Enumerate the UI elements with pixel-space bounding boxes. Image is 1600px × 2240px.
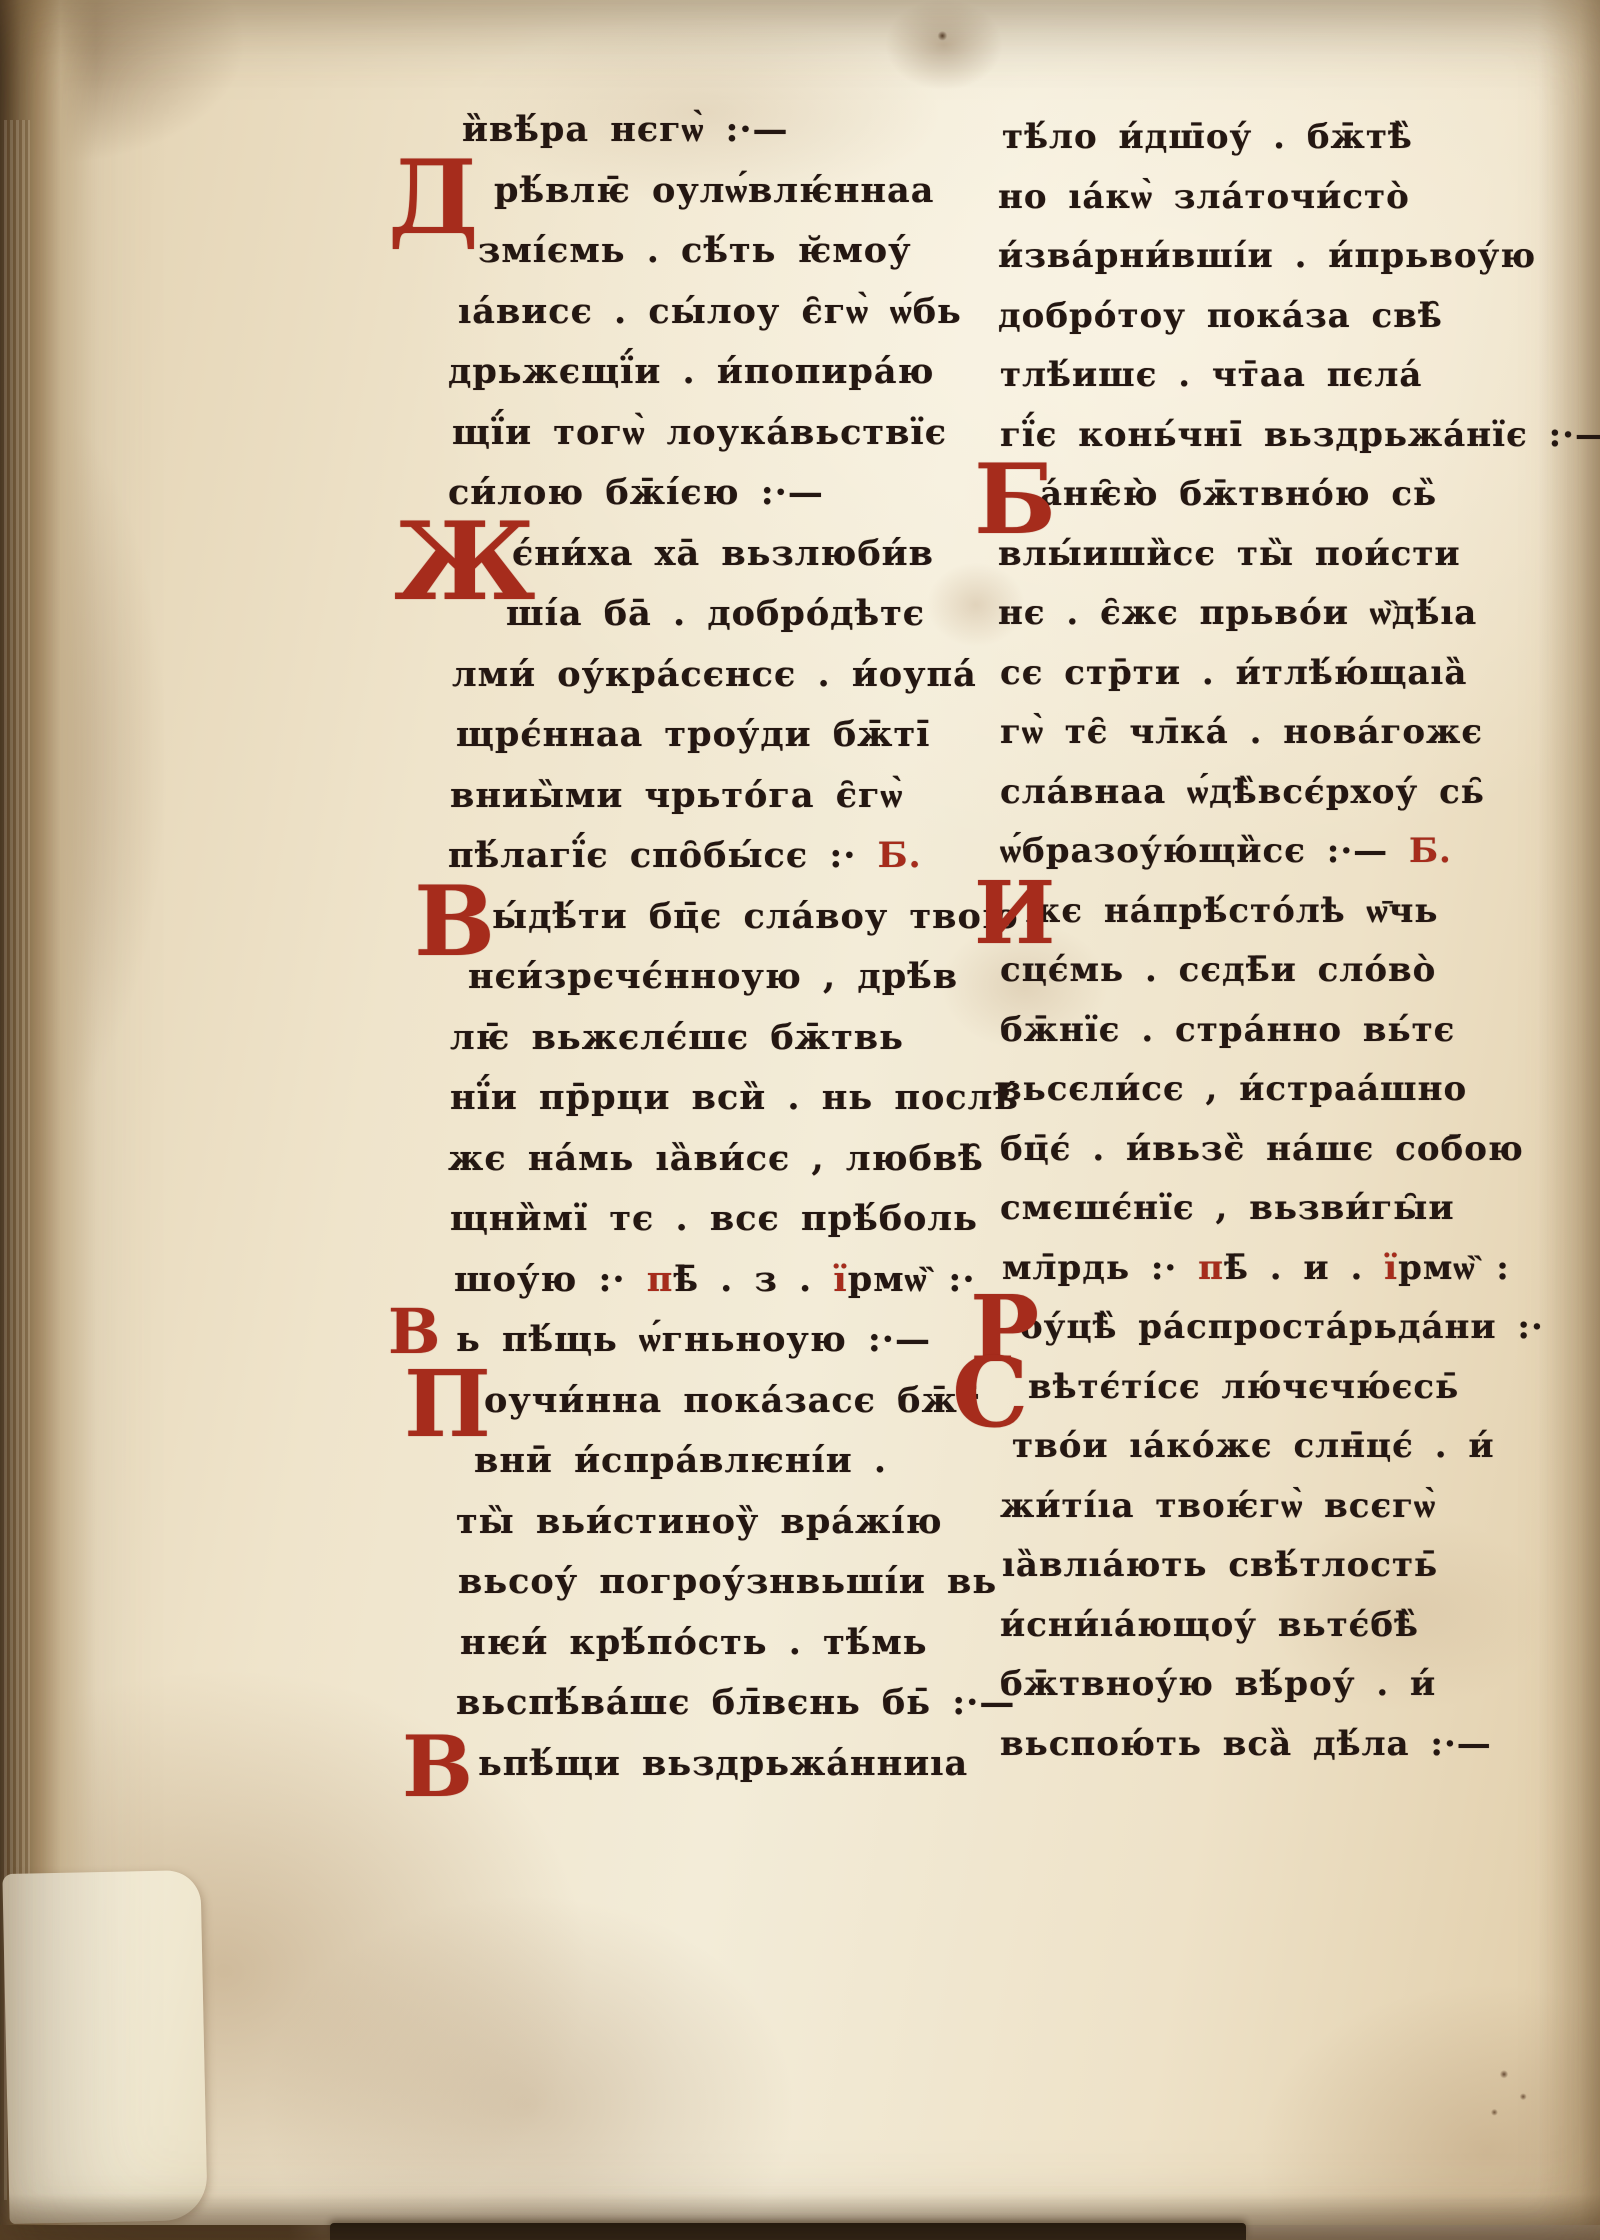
ink-text: жє на́прѣ́сто́лѣ ѡ̄чь	[1026, 891, 1439, 931]
ink-text: сє стр̄ти . и́тлѣ́ю́щаıа̏	[1000, 653, 1467, 693]
text-line: Вьпѣ́щи вьздрьжа́нниıа	[446, 1734, 966, 1795]
rubric-initial: Б	[974, 463, 1057, 538]
ink-text: ѣ̄ . з .	[673, 1259, 833, 1300]
ink-text: добро́тоу пока́за свѣ̑	[998, 296, 1443, 336]
ink-text: лѥ̄ вьжєлє́шє бж̄твь	[450, 1017, 904, 1058]
text-line: вниы̏ми чрьто́га є̑гѡ̀	[446, 766, 966, 827]
ink-text: нє . є̑жє прьво́и ѡ̏дѣ́ıа	[998, 593, 1477, 633]
text-line: и́зва́рни́вші́и . и́прьвоу́ю	[998, 227, 1478, 287]
text-line: и̏вѣ́ра нєгѡ̀ :·—	[446, 100, 966, 161]
text-line: мл̄рдь :· пѣ̄ . и . їрмѡ̏ :	[998, 1239, 1478, 1299]
ink-text: вѣтє́ті́сє лю́чєчю́єсь̄	[1028, 1367, 1459, 1407]
text-line: Дрѣ́влѥ̄ оулѡ́влѥ́ннаа	[446, 161, 966, 222]
ink-text: лми́ оу́кра́сєнсє . и́оупа́	[452, 654, 977, 695]
ink-text: бж̄твноу́ю вѣ́роу́ . и́	[1000, 1664, 1436, 1704]
ink-text: рмѡ̏ :·	[848, 1259, 976, 1300]
text-line: пѣ́лагї́є спо̑бы́сє :· Б.	[446, 826, 966, 887]
text-line: Вь пѣ́щь ѡ́гньноую :·—	[446, 1310, 966, 1371]
ink-text: оучи́нна пока́засє бж̄т̄	[484, 1380, 981, 1421]
rubric-text: Б.	[1409, 831, 1452, 871]
ink-text: бц̄є́ . и́вьзє̏ на́шє соб̄ою	[1000, 1129, 1524, 1169]
ink-text: жи́ті́ıа твоѥ́гѡ̀ всєгѡ̀	[1000, 1486, 1436, 1526]
rubric-initial: И	[974, 880, 1056, 947]
text-line: но ıа́кѡ̀ зла́точи́сто̀	[998, 168, 1478, 228]
ink-text: и̏вѣ́ра нєгѡ̀ :·—	[462, 109, 789, 150]
ink-text: шоу́ю :·	[454, 1259, 647, 1300]
text-line: щрє́ннаа троу́ди бж̄ті̄	[446, 705, 966, 766]
rubric-initial: Д	[388, 159, 480, 239]
ink-text: ь пѣ́щь ѡ́гньноую :·—	[456, 1319, 931, 1360]
text-line: сцє́мь . сєдѣ̄и сло́во̀	[998, 941, 1478, 1001]
ink-text: и́сни́ıа́ющоу́ вьтє́бѣ̏	[1000, 1605, 1419, 1645]
text-line: нѥи́ крѣ́по́сть . тѣ́мь	[446, 1613, 966, 1674]
text-line: гї́є конь́чні̄ вьздрьжа́нїє :·—	[998, 406, 1478, 466]
text-line: Вы́дѣ́ти бц̄є сла́воу твою̀	[446, 887, 966, 948]
ink-text: оу́цѣ̏ ра́спроста́рьда́ни :·	[1020, 1307, 1544, 1347]
rubric-text: ї	[1384, 1248, 1398, 1288]
text-line: вьсоу́ погроу́знвьші́и вь	[446, 1552, 966, 1613]
text-line: Роу́цѣ̏ ра́спроста́рьда́ни :·	[998, 1298, 1478, 1358]
text-line: жи́ті́ıа твоѥ́гѡ̀ всєгѡ̀	[998, 1477, 1478, 1537]
ink-text: ші́а ба̄ . добро́дѣтє	[506, 593, 925, 634]
text-line: тѣ́ло и́дш̄оу́ . бж̄тѣ̏	[998, 108, 1478, 168]
ink-text: нї́и пр̄рци вси̏ . нь послѣ́	[450, 1077, 1019, 1118]
ink-text: вниы̏ми чрьто́га є̑гѡ̀	[450, 775, 903, 816]
ink-text: є́ни́ха ха̄ вьзлюби́в	[512, 533, 934, 574]
text-line: гѡ̀ тє̑ чл̄ка́ . нова́гожє	[998, 703, 1478, 763]
ink-text: сла́внаа ѡ́дѣ̏всє́рхоу́ сь̑	[1000, 772, 1485, 812]
ink-text: ты̏ вьи́стиноу̏ вра́жі́ю	[456, 1501, 943, 1542]
rubric-initial: Ж	[394, 520, 537, 604]
ink-text: а́нѥ̑ю̀ бж̄твно́ю сь̏	[1040, 474, 1437, 514]
text-line: лми́ оу́кра́сєнсє . и́оупа́	[446, 645, 966, 706]
ink-text: ѡ́бразоу́ю́щи̏сє :·—	[1000, 831, 1409, 871]
ink-text: рмѡ̏ :	[1398, 1248, 1510, 1288]
rubric-initial: В	[402, 1734, 474, 1800]
ink-text: нєи́зрєчє́нноую , дрѣ́в	[468, 956, 958, 997]
manuscript-page: и̏вѣ́ра нєгѡ̀ :·—Дрѣ́влѥ̄ оулѡ́влѥ́ннааз…	[0, 0, 1600, 2240]
binding-bottom-bar	[330, 2223, 1246, 2240]
ink-text: но ıа́кѡ̀ зла́точи́сто̀	[998, 177, 1410, 217]
ink-text: сцє́мь . сєдѣ̄и сло́во̀	[1000, 950, 1436, 990]
text-line: нє . є̑жє прьво́и ѡ̏дѣ́ıа	[998, 584, 1478, 644]
rubric-text: п	[1198, 1248, 1224, 1288]
text-line: сє стр̄ти . и́тлѣ́ю́щаıа̏	[998, 644, 1478, 704]
ink-text: жє на́мь ıа̏ви́сє , любвѣ̑	[448, 1138, 984, 1179]
text-line: нї́и пр̄рци вси̏ . нь послѣ́	[446, 1068, 966, 1129]
ink-text: нѥи́ крѣ́по́сть . тѣ́мь	[460, 1622, 928, 1663]
ink-text: гѡ̀ тє̑ чл̄ка́ . нова́гожє	[1000, 712, 1483, 752]
text-line: тво́и ıа́ко́жє слн̄цє́ . и́	[998, 1417, 1478, 1477]
rubric-text: п	[647, 1259, 674, 1300]
rubric-initial: В	[414, 885, 496, 960]
rubric-initial: С	[952, 1356, 1029, 1431]
text-line: ѡ́бразоу́ю́щи̏сє :·— Б.	[998, 822, 1478, 882]
text-line: лѥ̄ вьжєлє́шє бж̄твь	[446, 1008, 966, 1069]
text-line: щни̏мї тє . всє прѣ́боль	[446, 1189, 966, 1250]
ink-text: ıа̏влıа́ють свѣ́тлость̄	[1002, 1545, 1438, 1585]
text-line: бж̄нїє . стра́нно вь́тє	[998, 1001, 1478, 1061]
text-line: вьспою́ть вса̏ дѣ́ла :·—	[998, 1715, 1478, 1775]
ink-text: рѣ́влѥ̄ оулѡ́влѥ́ннаа	[494, 170, 934, 211]
ink-text: вьспою́ть вса̏ дѣ́ла :·—	[1000, 1724, 1492, 1764]
ink-text: змі́ємь . сѣ́ть ѥ̆моу́	[478, 230, 911, 271]
text-line: Жє́ни́ха ха̄ вьзлюби́в	[446, 524, 966, 585]
text-line: Ижє на́прѣ́сто́лѣ ѡ̄чь	[998, 882, 1478, 942]
text-line: щї́и тогѡ̀ лоука́вьствїє	[446, 403, 966, 464]
rubric-text: ї	[833, 1259, 847, 1300]
ink-text: вьсоу́ погроу́знвьші́и вь	[458, 1561, 997, 1602]
ink-text: ıа́висє . сы́лоу є̑гѡ̀ ѡ́бь	[458, 291, 962, 332]
ink-text: ьпѣ́щи вьздрьжа́нниıа	[478, 1743, 968, 1784]
ink-text: щї́и тогѡ̀ лоука́вьствїє	[452, 412, 947, 453]
ink-text: ы́дѣ́ти бц̄є сла́воу твою̀	[492, 896, 1019, 937]
text-column-left: и̏вѣ́ра нєгѡ̀ :·—Дрѣ́влѥ̄ оулѡ́влѥ́ннааз…	[446, 100, 966, 1794]
text-line: бц̄є́ . и́вьзє̏ на́шє соб̄ою	[998, 1120, 1478, 1180]
page-right-edge	[1538, 0, 1600, 2240]
text-line: смєшє́нїє , вьзви́гы̑и	[998, 1179, 1478, 1239]
text-line: добро́тоу пока́за свѣ̑	[998, 287, 1478, 347]
text-line: ты̏ вьи́стиноу̏ вра́жі́ю	[446, 1492, 966, 1553]
ink-text: смєшє́нїє , вьзви́гы̑и	[1000, 1188, 1455, 1228]
ink-text: дрьжєщї́и . и́попира́ю	[448, 351, 934, 392]
text-line: тлѣ́ишє . чт̄аа пєла́	[998, 346, 1478, 406]
ink-text: бж̄нїє . стра́нно вь́тє	[1000, 1010, 1455, 1050]
text-column-right: тѣ́ло и́дш̄оу́ . бж̄тѣ̏но ıа́кѡ̀ зла́точ…	[998, 108, 1478, 1774]
text-line: и́сни́ıа́ющоу́ вьтє́бѣ̏	[998, 1596, 1478, 1656]
text-line: бж̄твноу́ю вѣ́роу́ . и́	[998, 1655, 1478, 1715]
text-line: нєи́зрєчє́нноую , дрѣ́в	[446, 947, 966, 1008]
ink-text: пѣ́лагї́є спо̑бы́сє :·	[448, 835, 878, 876]
ink-text: вьсєли́сє , и́страа́шно	[998, 1069, 1467, 1109]
text-line: змі́ємь . сѣ́ть ѥ̆моу́	[446, 221, 966, 282]
text-line: дрьжєщї́и . и́попира́ю	[446, 342, 966, 403]
ink-text: и́зва́рни́вші́и . и́прьвоу́ю	[998, 236, 1536, 276]
ink-text: тѣ́ло и́дш̄оу́ . бж̄тѣ̏	[1002, 117, 1413, 157]
ink-text: щни̏мї тє . всє прѣ́боль	[450, 1198, 978, 1239]
ink-text: внӣ и́спра́влѥні́и .	[474, 1440, 887, 1481]
rubric-text: Б.	[878, 835, 922, 876]
text-line: шоу́ю :· пѣ̄ . з . їрмѡ̏ :·	[446, 1250, 966, 1311]
text-line: Свѣтє́ті́сє лю́чєчю́єсь̄	[998, 1358, 1478, 1418]
text-line: влы́иши̏сє ты̏ пои́сти	[998, 525, 1478, 585]
ink-text: ѣ̄ . и .	[1224, 1248, 1384, 1288]
text-line: Поучи́нна пока́засє бж̄т̄	[446, 1371, 966, 1432]
rubric-initial: П	[404, 1369, 492, 1441]
ink-text: влы́иши̏сє ты̏ пои́сти	[998, 534, 1461, 574]
text-line: жє на́мь ıа̏ви́сє , любвѣ̑	[446, 1129, 966, 1190]
text-line: Ба́нѥ̑ю̀ бж̄твно́ю сь̏	[998, 465, 1478, 525]
text-line: ıа̏влıа́ють свѣ́тлость̄	[998, 1536, 1478, 1596]
text-line: вьспѣ́ва́шє бл̄вєнь бь̄ :·—	[446, 1673, 966, 1734]
ink-text: вьспѣ́ва́шє бл̄вєнь бь̄ :·—	[456, 1682, 1015, 1723]
ink-text: щрє́ннаа троу́ди бж̄ті̄	[456, 714, 930, 755]
text-line: вьсєли́сє , и́страа́шно	[998, 1060, 1478, 1120]
ink-text: тво́и ıа́ко́жє слн̄цє́ . и́	[1012, 1426, 1495, 1466]
text-line: ıа́висє . сы́лоу є̑гѡ̀ ѡ́бь	[446, 282, 966, 343]
ink-text: гї́є конь́чні̄ вьздрьжа́нїє :·—	[1000, 415, 1600, 455]
text-line: сла́внаа ѡ́дѣ̏всє́рхоу́ сь̑	[998, 763, 1478, 823]
ink-text: тлѣ́ишє . чт̄аа пєла́	[1000, 355, 1422, 395]
text-line: внӣ и́спра́влѥні́и .	[446, 1431, 966, 1492]
repair-patch	[2, 1870, 207, 2224]
